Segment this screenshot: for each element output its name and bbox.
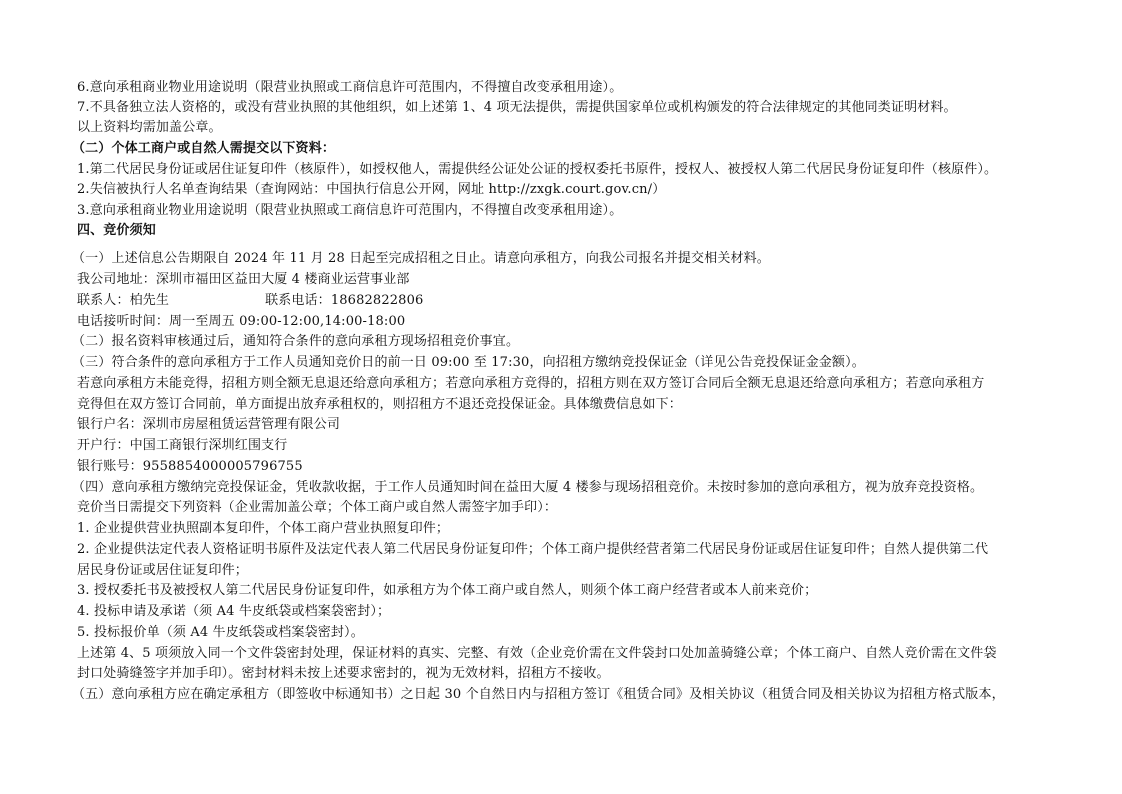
seal-requirement-note: 以上资料均需加盖公章。	[77, 120, 222, 136]
item-6-usage-statement: 6.意向承租商业物业用途说明（限营业执照或工商信息许可范围内，不得擅自改变承租用…	[77, 80, 622, 96]
phone-hours: 电话接听时间：周一至周五 09:00-12:00,14:00-18:00	[77, 314, 405, 330]
review-notice-paragraph: （二）报名资料审核通过后，通知符合条件的意向承租方现场招租竞价事宜。	[72, 334, 519, 350]
section-heading-individuals: （二）个体工商户或自然人需提交以下资料：	[72, 141, 335, 157]
bank-account-number: 银行账号：9558854000005796755	[77, 459, 303, 475]
contact-phone: 联系电话：18682822806	[265, 293, 423, 308]
bid-doc-item-3: 3. 授权委托书及被授权人第二代居民身份证复印件，如承租方为个体工商户或自然人，…	[77, 583, 817, 599]
bid-doc-item-2-line-2: 居民身份证或居住证复印件；	[77, 563, 248, 579]
deposit-refund-line-1: 若意向承租方未能竞得，招租方则全额无息退还给意向承租方；若意向承租方竞得的，招租…	[77, 376, 984, 392]
individual-item-1-id-card: 1.第二代居民身份证或居住证复印件（核原件），如授权他人，需提供经公证处公证的授…	[77, 162, 997, 178]
bank-branch: 开户行：中国工商银行深圳红围支行	[77, 438, 287, 454]
bid-doc-item-1: 1. 企业提供营业执照副本复印件，个体工商户营业执照复印件；	[77, 521, 449, 537]
bank-account-name: 银行户名：深圳市房屋租赁运营管理有限公司	[77, 417, 340, 433]
sealing-requirement-line-2: 封口处骑缝签字并加手印）。密封材料未按上述要求密封的，视为无效材料，招租方不接收…	[77, 666, 610, 682]
deposit-refund-line-2: 竞得但在双方签订合同前，单方面提出放弃承租权的，则招租方不退还竞投保证金。具体缴…	[77, 397, 682, 413]
company-address: 我公司地址：深圳市福田区益田大厦 4 楼商业运营事业部	[77, 272, 410, 288]
bidding-attendance-paragraph: （四）意向承租方缴纳完竞投保证金，凭收款收据，于工作人员通知时间在益田大厦 4 …	[72, 480, 983, 496]
notice-period-paragraph: （一）上述信息公告期限自 2024 年 11 月 28 日起至完成招租之日止。请…	[72, 251, 770, 267]
bid-doc-item-4: 4. 投标申请及承诺（须 A4 牛皮纸袋或档案袋密封）；	[77, 604, 390, 620]
sealing-requirement-line-1: 上述第 4、5 项须放入同一个文件袋密封处理，保证材料的真实、完整、有效（企业竞…	[77, 646, 997, 662]
individual-item-3-usage-statement: 3.意向承租商业物业用途说明（限营业执照或工商信息许可范围内，不得擅自改变承租用…	[77, 203, 622, 219]
bid-doc-item-2-line-1: 2. 企业提供法定代表人资格证明书原件及法定代表人第二代居民身份证复印件；个体工…	[77, 542, 988, 558]
contact-line: 联系人：柏先生联系电话：18682822806	[77, 293, 423, 309]
section-heading-bidding-notice: 四、竞价须知	[77, 223, 156, 239]
bid-doc-item-5: 5. 投标报价单（须 A4 牛皮纸袋或档案袋密封）。	[77, 625, 364, 641]
contract-signing-paragraph: （五）意向承租方应在确定承租方（即签收中标通知书）之日起 30 个自然日内与招租…	[72, 687, 1005, 703]
deposit-payment-paragraph: （三）符合条件的意向承租方于工作人员通知竞价日的前一日 09:00 至 17:3…	[72, 355, 865, 371]
individual-item-2-credit-check: 2.失信被执行人名单查询结果（查询网站：中国执行信息公开网，网址 http://…	[77, 182, 665, 198]
item-7-non-legal-entity: 7.不具备独立法人资格的，或没有营业执照的其他组织，如上述第 1、4 项无法提供…	[77, 100, 957, 116]
contact-person: 联系人：柏先生	[77, 293, 169, 308]
bidding-day-documents-intro: 竞价当日需提交下列资料（企业需加盖公章；个体工商户或自然人需签字加手印）：	[77, 500, 557, 516]
document-page: 6.意向承租商业物业用途说明（限营业执照或工商信息许可范围内，不得擅自改变承租用…	[0, 0, 1122, 794]
